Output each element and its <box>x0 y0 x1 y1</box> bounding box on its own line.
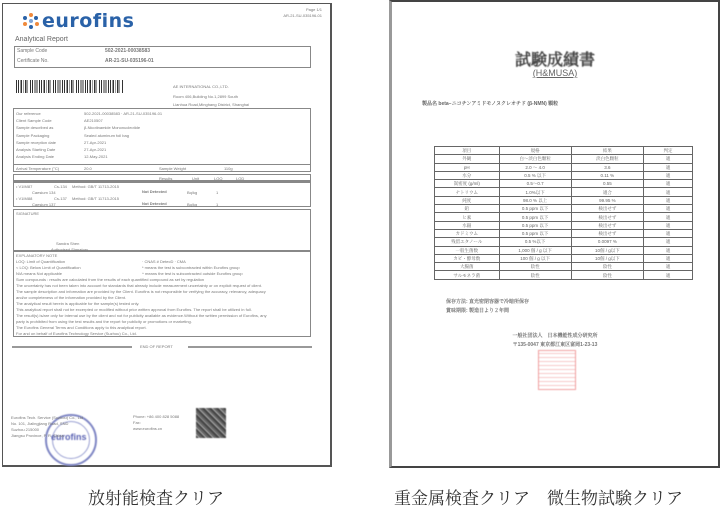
signatory-name: Sandra Shen <box>56 241 79 246</box>
client-name: AE INTERNATIONAL CO.,LTD. <box>173 84 229 89</box>
spec-cell: 水分 <box>435 171 500 179</box>
info-label: Sample Packaging <box>16 133 49 138</box>
issuer-address: 〒135-0047 東京都江東区富岡1-23-13 <box>392 341 718 348</box>
signature-label: SIGNATURE <box>16 211 39 216</box>
spec-cell: 0.11 % <box>571 171 643 179</box>
footer-contact-line: www.eurofins.cn <box>133 426 162 431</box>
spec-cell: 10個 / g以下 <box>571 254 643 262</box>
spec-cell: 検出せず <box>571 213 643 221</box>
note-line: and/or completeness of the information p… <box>16 295 126 300</box>
spec-cell: 99.95 % <box>571 196 643 204</box>
spec-row: サルモネラ菌陰性陰性適 <box>435 271 693 279</box>
arrival-row: Arrival Temperature (°C) 20.0 Sample Wei… <box>13 164 311 172</box>
result-code: • V1IM87 <box>16 184 32 189</box>
note-line: The sample description and information a… <box>16 289 266 294</box>
note-left: N/A means Not applicable <box>16 271 62 276</box>
spec-cell: 一般生菌数 <box>435 246 500 254</box>
footer-company-line: Eurofins Tech. Service (Suzhou) Co., Ltd <box>11 415 83 420</box>
caption-radiation: 放射能検査クリア <box>88 484 224 509</box>
spec-cell: 残留エタノール <box>435 238 500 246</box>
footer-company-line: No. 101, Jialingjiang Road, SND <box>11 421 68 426</box>
info-value: 502-2021-00038583 · AR-21-SU-035196-01 <box>84 111 162 116</box>
issuer-name: 一般社団法人 日本機能性成分研究所 <box>392 332 718 339</box>
footer-company-line: Suzhou 215000 <box>11 427 39 432</box>
client-address-1: Room 406,Building No.1,2899 South <box>173 94 238 99</box>
note-line: The result(s) is/are only for internal u… <box>16 313 267 318</box>
spec-row: ヒ素0.5 ppm 以下検出せず適 <box>435 213 693 221</box>
qr-code <box>196 408 226 438</box>
spec-cell: 純度 <box>435 196 500 204</box>
arrival-temp-label: Arrival Temperature (°C) <box>16 166 59 171</box>
spec-cell: 判定 <box>643 147 692 155</box>
result-analyte: Caesium 137 <box>32 202 56 207</box>
spec-cell: 水銀 <box>435 221 500 229</box>
explanatory-note-box: EXPLANATORY NOTE LOQ: Limit of Quantific… <box>13 251 311 337</box>
spec-cell: 陰性 <box>499 263 571 271</box>
note-left: LOQ: Limit of Quantification <box>16 259 65 264</box>
spec-cell: 0.5 ppm 以下 <box>499 213 571 221</box>
sample-info-box: Our reference502-2021-00038583 · AR-21-S… <box>13 108 311 165</box>
page-label: Page 1/1 <box>306 7 322 12</box>
explanatory-title: EXPLANATORY NOTE <box>16 253 57 258</box>
spec-cell: 0.5 ppm 以下 <box>499 205 571 213</box>
sample-code-box: Sample Code 502-2021-00038583 Certificat… <box>14 46 311 68</box>
result-value: Not Detected <box>142 201 167 206</box>
spec-cell: 0.5 %以下 <box>499 238 571 246</box>
spec-row: 純度98.0 % 以上99.95 %適 <box>435 196 693 204</box>
spec-row: ナトリウム1.0%以下適合適 <box>435 188 693 196</box>
signature-box: SIGNATURE Sandra Shen Authorised Signato… <box>13 209 311 251</box>
spec-cell: カビ・酵母数 <box>435 254 500 262</box>
footer-contact-line: Fax: <box>133 420 141 425</box>
spec-cell: 大腸菌 <box>435 263 500 271</box>
spec-table: 項目規格結果判定外観白〜淡白色顆粒淡白色顆粒適pH2.0 〜 4.03.6適水分… <box>434 146 693 280</box>
note-line: party is prohibited from using the test … <box>16 319 192 324</box>
note-right: ^ means the test is subcontracted outsid… <box>142 271 243 276</box>
spec-cell: 嵩密度 (g/ml) <box>435 180 500 188</box>
certificate-label: Certificate No. <box>17 58 49 64</box>
spec-cell: 1,000 個 / g 以下 <box>499 246 571 254</box>
spec-cell: 10個 / g以下 <box>571 246 643 254</box>
spec-cell: 98.0 % 以上 <box>499 196 571 204</box>
spec-cell: 適 <box>643 180 692 188</box>
spec-cell: 適合 <box>571 188 643 196</box>
spec-cell: 陰性 <box>571 271 643 279</box>
spec-row: 水分0.5 % 以下0.11 %適 <box>435 171 693 179</box>
spec-cell: 適 <box>643 188 692 196</box>
spec-cell: 2.0 〜 4.0 <box>499 163 571 171</box>
info-value: Sealed aluminum foil bag <box>84 133 129 138</box>
spec-cell: 0.5〜0.7 <box>499 180 571 188</box>
result-code: • V1IM88 <box>16 196 32 201</box>
spec-cell: 0.5 ppm 以下 <box>499 221 571 229</box>
caption-heavy-metal-microbial: 重金属検査クリア 微生物試験クリア <box>394 484 683 509</box>
eurofins-logo-icon <box>23 13 39 29</box>
info-value: 12-May-2021 <box>84 154 108 159</box>
client-address-2: Lianhua Road,Minghang District, Shanghai <box>173 102 249 107</box>
results-column-header: Unit <box>192 176 199 181</box>
spec-row: 嵩密度 (g/ml)0.5〜0.70.55適 <box>435 180 693 188</box>
end-of-report: END OF REPORT <box>140 344 173 349</box>
spec-cell: 100 個 / g 以下 <box>499 254 571 262</box>
spec-cell: 適 <box>643 205 692 213</box>
result-method: Method: GB/T 11713-2015 <box>72 184 119 189</box>
note-left: < LOQ: Below Limit of Quantification <box>16 265 81 270</box>
spec-cell: 適 <box>643 254 692 262</box>
note-right: · CNAS # DetecD · CMA <box>142 259 186 264</box>
spec-cell: 適 <box>643 263 692 271</box>
spec-cell: ヒ素 <box>435 213 500 221</box>
issuer-seal <box>538 350 576 390</box>
info-value: 27-Apr-2021 <box>84 147 106 152</box>
info-value: 27-Apr-2021 <box>84 140 106 145</box>
results-column-header: Results <box>159 176 172 181</box>
spec-cell: 0.55 <box>571 180 643 188</box>
page-ref: AR-21-SU-035196-01 <box>283 13 322 18</box>
expiry-period: 賞味期限: 製造日より２年間 <box>446 307 509 314</box>
sample-weight-value: 110g <box>224 166 233 171</box>
spec-cell: 検出せず <box>571 229 643 237</box>
note-line: The Eurofins General Terms and Condition… <box>16 325 147 330</box>
spec-cell: 0.5 % 以下 <box>499 171 571 179</box>
arrival-temp-value: 20.0 <box>84 166 92 171</box>
spec-header-row: 項目規格結果判定 <box>435 147 693 155</box>
spec-cell: 適 <box>643 213 692 221</box>
note-line: Sum compounds : results are calculated f… <box>16 277 204 282</box>
certificate-subtitle: (H&MUSA) <box>392 68 718 78</box>
spec-cell: 陰性 <box>571 263 643 271</box>
note-right: * means the test is subcontracted within… <box>142 265 240 270</box>
spec-cell: 結果 <box>571 147 643 155</box>
spec-row: カビ・酵母数100 個 / g 以下10個 / g以下適 <box>435 254 693 262</box>
spec-cell: 適 <box>643 221 692 229</box>
spec-cell: ナトリウム <box>435 188 500 196</box>
spec-cell: 適 <box>643 196 692 204</box>
storage-method: 保存方法: 直光密閉容器で冷暗所保存 <box>446 298 529 305</box>
spec-cell: 適 <box>643 238 692 246</box>
spec-cell: 鉛 <box>435 205 500 213</box>
info-value: AE210507 <box>84 118 103 123</box>
spec-cell: 白〜淡白色顆粒 <box>499 155 571 163</box>
result-isotope: Cs-134 <box>54 184 67 189</box>
result-loq: 1 <box>216 202 218 207</box>
eurofins-logo: eurofins <box>23 10 134 32</box>
footer-contact-line: Phone: +86 400 828 5088 <box>133 414 179 419</box>
note-line: The analytical result herein is applicab… <box>16 301 139 306</box>
barcode <box>16 80 123 93</box>
radiation-test-report: eurofins Page 1/1 AR-21-SU-035196-01 Ana… <box>2 3 332 467</box>
spec-cell: 外観 <box>435 155 500 163</box>
spec-row: 鉛0.5 ppm 以下検出せず適 <box>435 205 693 213</box>
brand-name: eurofins <box>42 10 134 32</box>
spec-cell: 適 <box>643 271 692 279</box>
sample-weight-label: Sample Weight <box>159 166 186 171</box>
spec-cell: 規格 <box>499 147 571 155</box>
spec-cell: 適 <box>643 171 692 179</box>
info-label: Client Sample Code <box>16 118 52 123</box>
info-label: Sample described as <box>16 125 53 130</box>
result-analyte: Caesium 134 <box>32 190 56 195</box>
spec-cell: カドミウム <box>435 229 500 237</box>
product-name: 製品名 beta−ニコチンアミドモノヌクレオチド (β-NMN) 顆粒 <box>422 100 558 107</box>
spec-cell: サルモネラ菌 <box>435 271 500 279</box>
result-value: Not Detected <box>142 189 167 194</box>
spec-cell: 項目 <box>435 147 500 155</box>
spec-cell: 検出せず <box>571 221 643 229</box>
end-divider-right <box>188 346 312 348</box>
spec-cell: 検出せず <box>571 205 643 213</box>
info-label: Analysis Ending Date <box>16 154 54 159</box>
spec-cell: 適 <box>643 155 692 163</box>
sample-code-value: 502-2021-00038583 <box>105 48 150 54</box>
spec-cell: pH <box>435 163 500 171</box>
result-isotope: Cs-137 <box>54 196 67 201</box>
certificate-value: AR-21-SU-035196-01 <box>105 58 154 64</box>
result-loq: 1 <box>216 190 218 195</box>
spec-row: 残留エタノール0.5 %以下0.0097 %適 <box>435 238 693 246</box>
report-title: Analytical Report <box>15 36 68 43</box>
spec-cell: 適 <box>643 163 692 171</box>
info-label: Analysis Starting Date <box>16 147 55 152</box>
spec-cell: 3.6 <box>571 163 643 171</box>
results-header: ResultsUnitLOQLOD <box>13 174 311 182</box>
note-line: For and on behalf of Eurofins Technology… <box>16 331 137 336</box>
spec-row: pH2.0 〜 4.03.6適 <box>435 163 693 171</box>
spec-cell: 1.0%以下 <box>499 188 571 196</box>
spec-cell: 淡白色顆粒 <box>571 155 643 163</box>
footer-company-line: Jiangsu Province, P. R. China <box>11 433 64 438</box>
info-label: Our reference <box>16 111 41 116</box>
result-unit: Bq/kg <box>187 202 197 207</box>
spec-cell: 0.0097 % <box>571 238 643 246</box>
note-line: The uncertainty has not been taken into … <box>16 283 262 288</box>
note-line: This analytical report shall not be exce… <box>16 307 252 312</box>
spec-row: 水銀0.5 ppm 以下検出せず適 <box>435 221 693 229</box>
spec-row: 大腸菌陰性陰性適 <box>435 263 693 271</box>
result-method: Method: GB/T 11713-2015 <box>72 196 119 201</box>
result-unit: Bq/kg <box>187 190 197 195</box>
test-certificate: 試験成績書 (H&MUSA) 製品名 beta−ニコチンアミドモノヌクレオチド … <box>389 0 720 468</box>
info-value: β-Nicotinamide Mononucleotide <box>84 125 140 130</box>
spec-cell: 適 <box>643 229 692 237</box>
spec-row: カドミウム0.5 ppm 以下検出せず適 <box>435 229 693 237</box>
spec-row: 外観白〜淡白色顆粒淡白色顆粒適 <box>435 155 693 163</box>
end-divider-left <box>12 346 132 348</box>
certificate-title: 試験成績書 <box>392 47 718 70</box>
results-box: • V1IM87Cs-134Method: GB/T 11713-2015Cae… <box>13 182 311 207</box>
spec-cell: 0.5 ppm 以下 <box>499 229 571 237</box>
spec-row: 一般生菌数1,000 個 / g 以下10個 / g以下適 <box>435 246 693 254</box>
results-column-header: LOQ <box>214 176 222 181</box>
sample-code-label: Sample Code <box>17 48 47 54</box>
spec-cell: 適 <box>643 246 692 254</box>
spec-cell: 陰性 <box>499 271 571 279</box>
results-column-header: LOD <box>236 176 244 181</box>
info-label: Sample reception date <box>16 140 56 145</box>
